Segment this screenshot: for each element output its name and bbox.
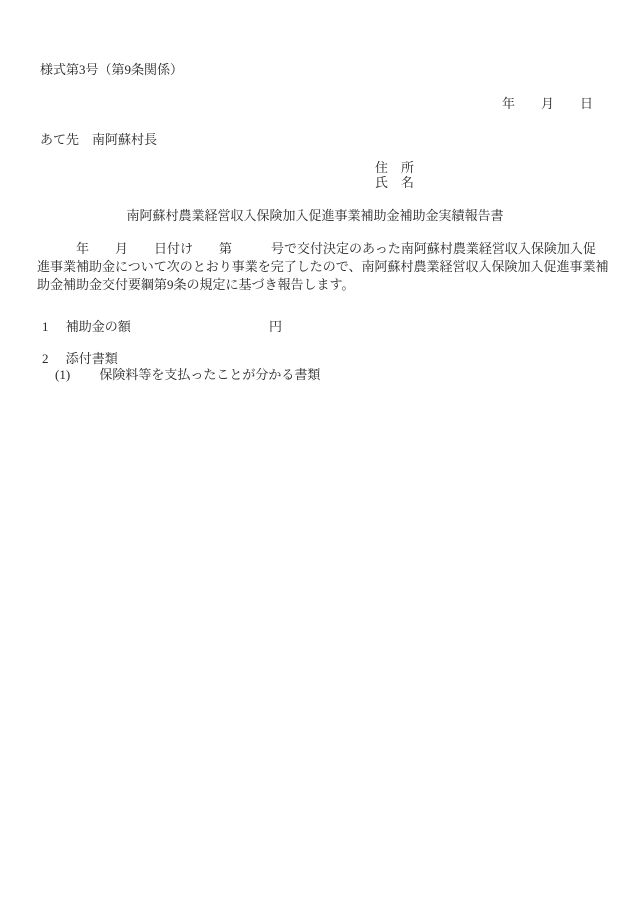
body-line-3: 助金補助金交付要綱第9条の規定に基づき報告します。 xyxy=(37,276,608,294)
item-subsidy-amount-unit: 円 xyxy=(269,319,282,334)
item-subsidy-amount-label: 補助金の額 xyxy=(66,319,131,334)
addressee-line: あて先 南阿蘇村長 xyxy=(40,133,157,146)
item-attachment-1-number: (1) xyxy=(55,367,70,382)
submitter-address-label: 住 所 xyxy=(375,161,414,174)
item-attachments-number: 2 xyxy=(42,351,49,366)
document-title: 南阿蘇村農業経営収入保険加入促進事業補助金補助金実績報告書 xyxy=(0,209,630,222)
item-attachments-label: 添付書類 xyxy=(66,351,118,366)
body-line-2: 進事業補助金について次のとおり事業を完了したので、南阿蘇村農業経営収入保険加入促… xyxy=(37,258,608,276)
item-attachment-1-text: 保険料等を支払ったことが分かる書類 xyxy=(99,367,320,382)
item-attachments: 2 添付書類 xyxy=(42,352,118,365)
item-subsidy-amount: 1 補助金の額 円 xyxy=(42,320,282,333)
body-paragraph: 年 月 日付け 第 号で交付決定のあった南阿蘇村農業経営収入保険加入促 進事業補… xyxy=(37,240,608,294)
body-line-1: 年 月 日付け 第 号で交付決定のあった南阿蘇村農業経営収入保険加入促 xyxy=(37,240,608,258)
date-line: 年 月 日 xyxy=(502,97,593,110)
document-page: 様式第3号（第9条関係） 年 月 日 あて先 南阿蘇村長 住 所 氏 名 南阿蘇… xyxy=(0,0,630,903)
item-subsidy-amount-number: 1 xyxy=(42,319,49,334)
form-number: 様式第3号（第9条関係） xyxy=(40,63,183,76)
item-attachment-1: (1) 保険料等を支払ったことが分かる書類 xyxy=(55,368,320,381)
submitter-name-label: 氏 名 xyxy=(375,176,414,189)
